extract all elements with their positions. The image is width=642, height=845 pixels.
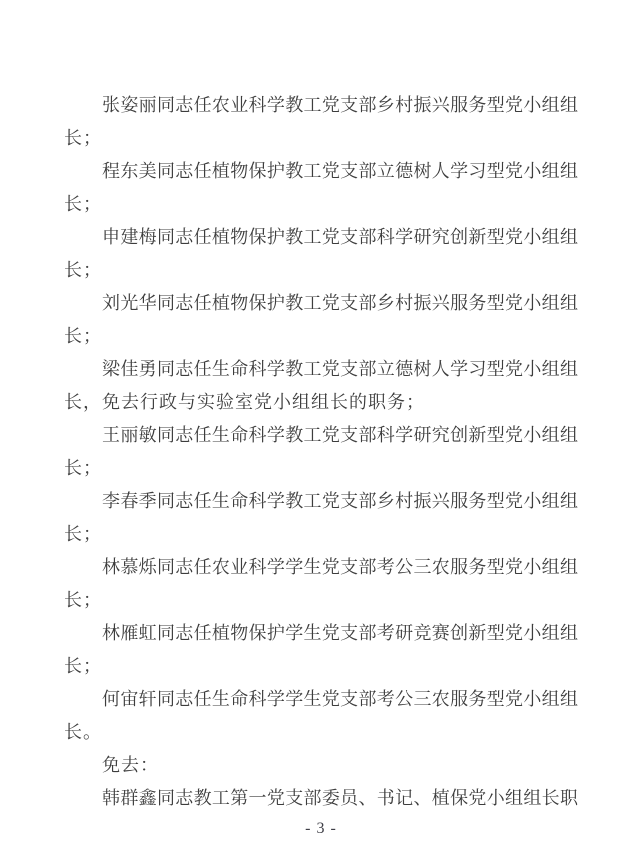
doc-line: 长； (64, 188, 578, 221)
doc-line: 程东美同志任植物保护教工党支部立德树人学习型党小组组 (64, 155, 578, 188)
doc-line: 长； (64, 650, 578, 683)
doc-line: 长； (64, 122, 578, 155)
document-page: 张姿丽同志任农业科学教工党支部乡村振兴服务型党小组组 长； 程东美同志任植物保护… (0, 0, 642, 845)
doc-line: 免去： (64, 749, 578, 782)
doc-line: 长； (64, 584, 578, 617)
doc-line: 长； (64, 518, 578, 551)
doc-line: 申建梅同志任植物保护教工党支部科学研究创新型党小组组 (64, 221, 578, 254)
doc-line: 李春季同志任生命科学教工党支部乡村振兴服务型党小组组 (64, 485, 578, 518)
doc-line: 长。 (64, 716, 578, 749)
doc-line: 长； (64, 452, 578, 485)
doc-line: 林雁虹同志任植物保护学生党支部考研竞赛创新型党小组组 (64, 617, 578, 650)
doc-line: 梁佳勇同志任生命科学教工党支部立德树人学习型党小组组 (64, 353, 578, 386)
doc-line: 张姿丽同志任农业科学教工党支部乡村振兴服务型党小组组 (64, 89, 578, 122)
page-number: - 3 - (0, 818, 642, 840)
doc-line: 韩群鑫同志教工第一党支部委员、书记、植保党小组组长职 (64, 782, 578, 815)
doc-line: 王丽敏同志任生命科学教工党支部科学研究创新型党小组组 (64, 419, 578, 452)
doc-line: 长，免去行政与实验室党小组组长的职务； (64, 386, 578, 419)
doc-line: 林慕烁同志任农业科学学生党支部考公三农服务型党小组组 (64, 551, 578, 584)
doc-line: 长； (64, 254, 578, 287)
document-body: 张姿丽同志任农业科学教工党支部乡村振兴服务型党小组组 长； 程东美同志任植物保护… (64, 89, 578, 815)
doc-line: 长； (64, 320, 578, 353)
doc-line: 刘光华同志任植物保护教工党支部乡村振兴服务型党小组组 (64, 287, 578, 320)
doc-line: 何宙轩同志任生命科学学生党支部考公三农服务型党小组组 (64, 683, 578, 716)
